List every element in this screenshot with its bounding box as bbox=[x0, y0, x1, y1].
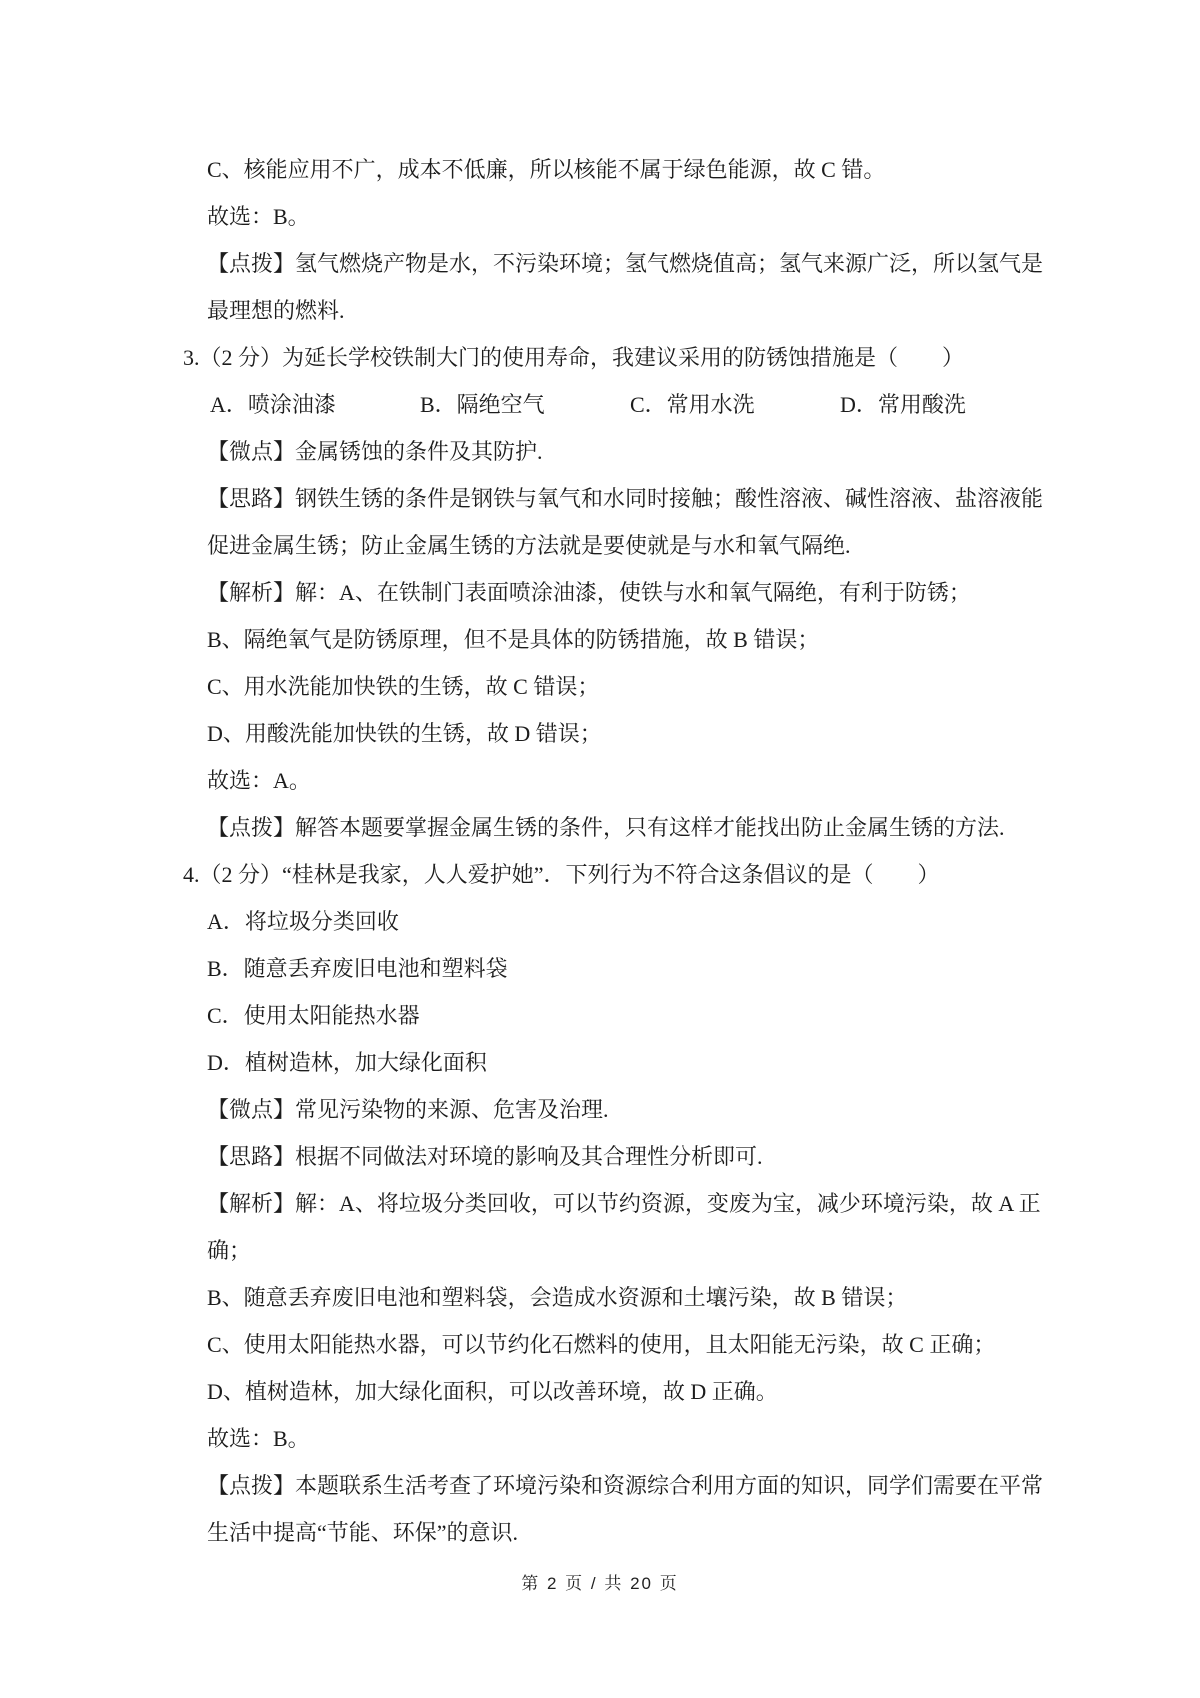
q2-tip-line-1: 【点拨】氢气燃烧产物是水，不污染环境；氢气燃烧值高；氢气来源广泛，所以氢气是 bbox=[183, 240, 1043, 287]
q4-analysis-option-d: D、植树造林，加大绿化面积，可以改善环境，故 D 正确。 bbox=[183, 1368, 1043, 1415]
q3-stem: 3.（2 分）为延长学校铁制大门的使用寿命，我建议采用的防锈蚀措施是（ ） bbox=[183, 334, 1043, 381]
q3-micro-point: 【微点】金属锈蚀的条件及其防护. bbox=[183, 428, 1043, 475]
q4-option-d: D．植树造林，加大绿化面积 bbox=[183, 1039, 1043, 1086]
q3-options-c-label: C．常用水洗 bbox=[630, 381, 840, 428]
q4-analysis-option-b: B、随意丢弃废旧电池和塑料袋，会造成水资源和土壤污染，故 B 错误； bbox=[183, 1274, 1043, 1321]
q4-option-a: A．将垃圾分类回收 bbox=[183, 898, 1043, 945]
q4-option-c: C．使用太阳能热水器 bbox=[183, 992, 1043, 1039]
q3-analysis-option-b: B、隔绝氧气是防锈原理，但不是具体的防锈措施，故 B 错误； bbox=[183, 616, 1043, 663]
answer-lines: C、核能应用不广，成本不低廉，所以核能不属于绿色能源，故 C 错。故选：B。【点… bbox=[183, 146, 1043, 1556]
q3-analysis-option-d: D、用酸洗能加快铁的生锈，故 D 错误； bbox=[183, 710, 1043, 757]
q4-analysis-option-a-line-2: 确； bbox=[183, 1227, 1043, 1274]
q4-tip-line-1: 【点拨】本题联系生活考查了环境污染和资源综合利用方面的知识，同学们需要在平常 bbox=[183, 1462, 1043, 1509]
q3-options-d-label: D．常用酸洗 bbox=[840, 381, 966, 428]
q4-tip-line-2: 生活中提高“节能、环保”的意识. bbox=[183, 1509, 1043, 1556]
q3-options: A．喷涂油漆B．隔绝空气C．常用水洗D．常用酸洗 bbox=[183, 381, 1043, 428]
page-footer: 第 2 页 / 共 20 页 bbox=[0, 1560, 1200, 1607]
q2-analysis-option-c: C、核能应用不广，成本不低廉，所以核能不属于绿色能源，故 C 错。 bbox=[183, 146, 1043, 193]
document-page: C、核能应用不广，成本不低廉，所以核能不属于绿色能源，故 C 错。故选：B。【点… bbox=[0, 0, 1200, 1698]
q4-analysis-option-a-line-1: 【解析】解：A、将垃圾分类回收，可以节约资源，变废为宝，减少环境污染，故 A 正 bbox=[183, 1180, 1043, 1227]
q3-approach-line-2: 促进金属生锈；防止金属生锈的方法就是要使就是与水和氧气隔绝. bbox=[183, 522, 1043, 569]
q2-tip-line-2: 最理想的燃料. bbox=[183, 287, 1043, 334]
q3-analysis-option-c: C、用水洗能加快铁的生锈，故 C 错误； bbox=[183, 663, 1043, 710]
q3-approach-line-1: 【思路】钢铁生锈的条件是钢铁与氧气和水同时接触；酸性溶液、碱性溶液、盐溶液能 bbox=[183, 475, 1043, 522]
q2-answer: 故选：B。 bbox=[183, 193, 1043, 240]
q4-answer: 故选：B。 bbox=[183, 1415, 1043, 1462]
q3-options-a-label: A．喷涂油漆 bbox=[210, 381, 420, 428]
q3-answer: 故选：A。 bbox=[183, 757, 1043, 804]
q3-options-b-label: B．隔绝空气 bbox=[420, 381, 630, 428]
q4-micro-point: 【微点】常见污染物的来源、危害及治理. bbox=[183, 1086, 1043, 1133]
q3-analysis-option-a: 【解析】解：A、在铁制门表面喷涂油漆，使铁与水和氧气隔绝，有利于防锈； bbox=[183, 569, 1043, 616]
q4-stem: 4.（2 分）“桂林是我家，人人爱护她”．下列行为不符合这条倡议的是（ ） bbox=[183, 851, 1043, 898]
q4-option-b: B．随意丢弃废旧电池和塑料袋 bbox=[183, 945, 1043, 992]
q4-approach: 【思路】根据不同做法对环境的影响及其合理性分析即可. bbox=[183, 1133, 1043, 1180]
q3-tip: 【点拨】解答本题要掌握金属生锈的条件，只有这样才能找出防止金属生锈的方法. bbox=[183, 804, 1043, 851]
q4-analysis-option-c: C、使用太阳能热水器，可以节约化石燃料的使用，且太阳能无污染，故 C 正确； bbox=[183, 1321, 1043, 1368]
